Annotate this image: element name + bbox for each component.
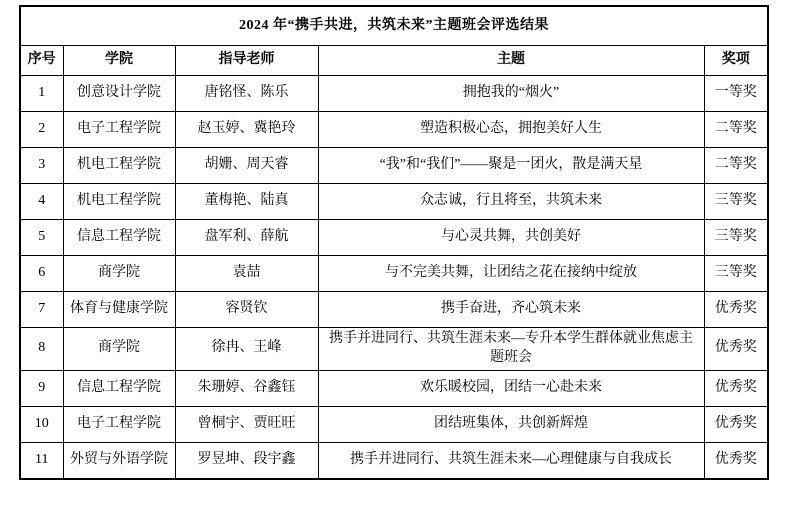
cell-teachers: 唐铭怪、陈乐 — [175, 76, 318, 112]
col-header-college: 学院 — [63, 46, 175, 76]
cell-no: 4 — [20, 184, 63, 220]
table-row: 7 体育与健康学院 容贤钦 携手奋进，齐心筑未来 优秀奖 — [20, 292, 768, 328]
cell-teachers: 胡姗、周天睿 — [175, 148, 318, 184]
cell-theme: 欢乐暖校园，团结一心赴未来 — [318, 370, 704, 406]
cell-no: 1 — [20, 76, 63, 112]
cell-award: 优秀奖 — [704, 370, 768, 406]
cell-teachers: 罗昱坤、段宇鑫 — [175, 442, 318, 479]
cell-theme: 团结班集体，共创新辉煌 — [318, 406, 704, 442]
cell-theme: 塑造积极心态，拥抱美好人生 — [318, 112, 704, 148]
cell-college: 商学院 — [63, 328, 175, 371]
table-row: 3 机电工程学院 胡姗、周天睿 “我”和“我们”——聚是一团火，散是满天星 二等… — [20, 148, 768, 184]
table-row: 11 外贸与外语学院 罗昱坤、段宇鑫 携手并进同行、共筑生涯未来—心理健康与自我… — [20, 442, 768, 479]
cell-theme: 拥抱我的“烟火” — [318, 76, 704, 112]
table-row: 8 商学院 徐冉、王峰 携手并进同行、共筑生涯未来—专升本学生群体就业焦虑主题班… — [20, 328, 768, 371]
col-header-theme: 主题 — [318, 46, 704, 76]
cell-award: 三等奖 — [704, 220, 768, 256]
cell-award: 二等奖 — [704, 148, 768, 184]
cell-theme: 携手并进同行、共筑生涯未来—专升本学生群体就业焦虑主题班会 — [318, 328, 704, 371]
cell-college: 体育与健康学院 — [63, 292, 175, 328]
cell-teachers: 盘军利、薛航 — [175, 220, 318, 256]
table-row: 10 电子工程学院 曾桐宇、贾旺旺 团结班集体，共创新辉煌 优秀奖 — [20, 406, 768, 442]
cell-award: 优秀奖 — [704, 292, 768, 328]
cell-award: 一等奖 — [704, 76, 768, 112]
cell-theme: 携手奋进，齐心筑未来 — [318, 292, 704, 328]
cell-no: 2 — [20, 112, 63, 148]
award-results-table: 2024 年“携手共进，共筑未来”主题班会评选结果 序号 学院 指导老师 主题 … — [19, 5, 769, 480]
table-header-row: 序号 学院 指导老师 主题 奖项 — [20, 46, 768, 76]
table-row: 5 信息工程学院 盘军利、薛航 与心灵共舞，共创美好 三等奖 — [20, 220, 768, 256]
col-header-no: 序号 — [20, 46, 63, 76]
cell-college: 信息工程学院 — [63, 370, 175, 406]
cell-no: 6 — [20, 256, 63, 292]
cell-theme: 与不完美共舞，让团结之花在接纳中绽放 — [318, 256, 704, 292]
table-row: 1 创意设计学院 唐铭怪、陈乐 拥抱我的“烟火” 一等奖 — [20, 76, 768, 112]
cell-teachers: 徐冉、王峰 — [175, 328, 318, 371]
cell-no: 10 — [20, 406, 63, 442]
table-title: 2024 年“携手共进，共筑未来”主题班会评选结果 — [20, 6, 768, 46]
cell-teachers: 朱珊婷、谷鑫钰 — [175, 370, 318, 406]
table-row: 4 机电工程学院 董梅艳、陆真 众志诚，行且将至，共筑未来 三等奖 — [20, 184, 768, 220]
table-title-row: 2024 年“携手共进，共筑未来”主题班会评选结果 — [20, 6, 768, 46]
cell-teachers: 赵玉婷、冀艳玲 — [175, 112, 318, 148]
cell-award: 优秀奖 — [704, 406, 768, 442]
col-header-teachers: 指导老师 — [175, 46, 318, 76]
table-row: 9 信息工程学院 朱珊婷、谷鑫钰 欢乐暖校园，团结一心赴未来 优秀奖 — [20, 370, 768, 406]
cell-no: 8 — [20, 328, 63, 371]
table-row: 2 电子工程学院 赵玉婷、冀艳玲 塑造积极心态，拥抱美好人生 二等奖 — [20, 112, 768, 148]
col-header-award: 奖项 — [704, 46, 768, 76]
cell-college: 电子工程学院 — [63, 406, 175, 442]
cell-college: 电子工程学院 — [63, 112, 175, 148]
cell-theme: 众志诚，行且将至，共筑未来 — [318, 184, 704, 220]
cell-no: 3 — [20, 148, 63, 184]
document-page: 2024 年“携手共进，共筑未来”主题班会评选结果 序号 学院 指导老师 主题 … — [0, 0, 794, 480]
cell-teachers: 曾桐宇、贾旺旺 — [175, 406, 318, 442]
cell-college: 机电工程学院 — [63, 184, 175, 220]
cell-award: 优秀奖 — [704, 328, 768, 371]
cell-no: 11 — [20, 442, 63, 479]
cell-teachers: 袁喆 — [175, 256, 318, 292]
cell-award: 三等奖 — [704, 256, 768, 292]
cell-teachers: 容贤钦 — [175, 292, 318, 328]
table-row: 6 商学院 袁喆 与不完美共舞，让团结之花在接纳中绽放 三等奖 — [20, 256, 768, 292]
cell-college: 外贸与外语学院 — [63, 442, 175, 479]
cell-award: 三等奖 — [704, 184, 768, 220]
cell-theme: “我”和“我们”——聚是一团火，散是满天星 — [318, 148, 704, 184]
cell-theme: 与心灵共舞，共创美好 — [318, 220, 704, 256]
cell-college: 信息工程学院 — [63, 220, 175, 256]
cell-no: 7 — [20, 292, 63, 328]
cell-no: 5 — [20, 220, 63, 256]
cell-award: 二等奖 — [704, 112, 768, 148]
cell-award: 优秀奖 — [704, 442, 768, 479]
cell-teachers: 董梅艳、陆真 — [175, 184, 318, 220]
cell-theme: 携手并进同行、共筑生涯未来—心理健康与自我成长 — [318, 442, 704, 479]
cell-college: 机电工程学院 — [63, 148, 175, 184]
cell-no: 9 — [20, 370, 63, 406]
cell-college: 创意设计学院 — [63, 76, 175, 112]
cell-college: 商学院 — [63, 256, 175, 292]
